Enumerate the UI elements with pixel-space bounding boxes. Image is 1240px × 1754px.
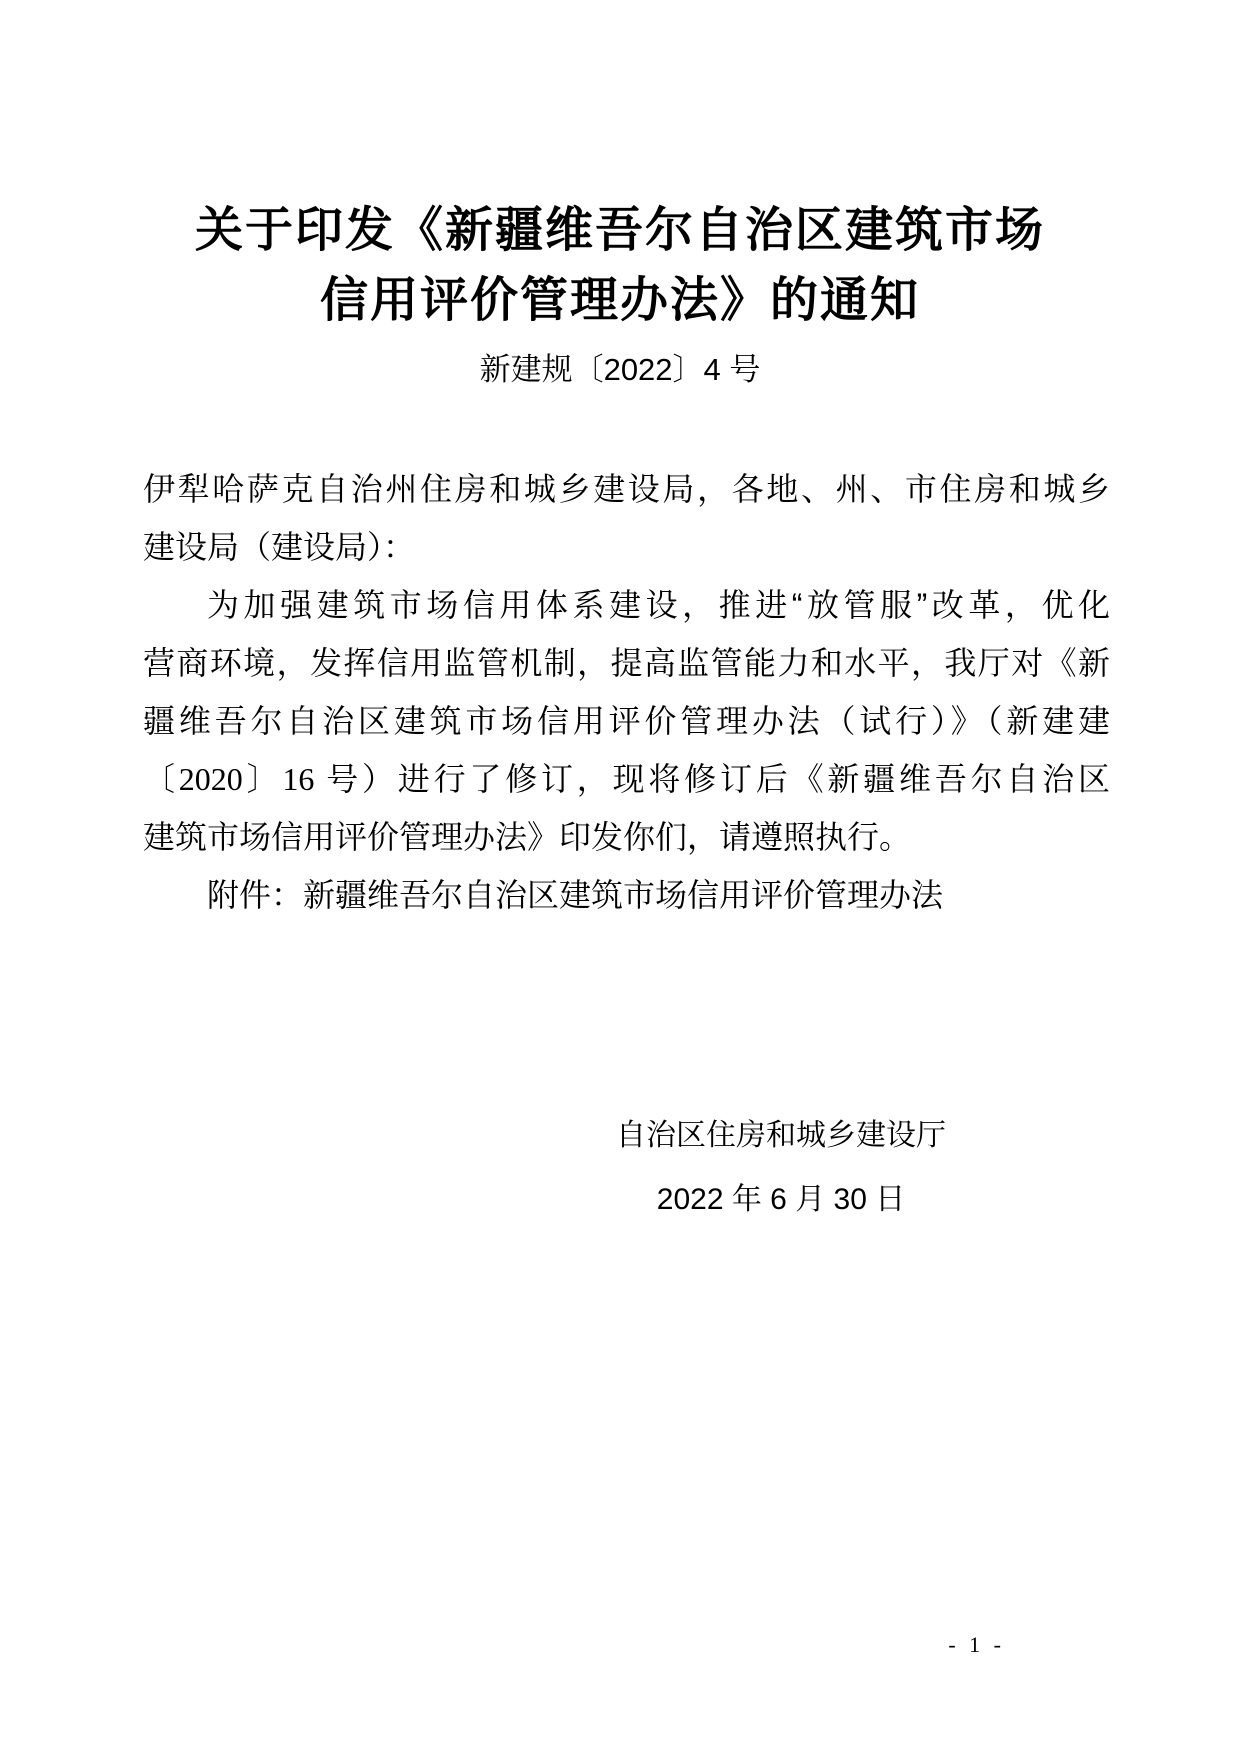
body-line-text: 进行了修订，现将修订后《新疆维吾尔自治区 (398, 761, 1110, 797)
body-line: 疆维吾尔自治区建筑市场信用评价管理办法（试行）》（新建建 (143, 692, 1110, 750)
closing-date: 2022 年 6 月 30 日 (322, 1168, 1240, 1232)
closing-block: 自治区住房和城乡建设厅 2022 年 6 月 30 日 (322, 1104, 1240, 1232)
document-number: 新建规〔2022〕4 号 (0, 348, 1240, 392)
document-title: 关于印发《新疆维吾尔自治区建筑市场 信用评价管理办法》的通知 (0, 196, 1240, 336)
title-line-2: 信用评价管理办法》的通知 (0, 266, 1240, 336)
document-page: 关于印发《新疆维吾尔自治区建筑市场 信用评价管理办法》的通知 新建规〔2022〕… (0, 0, 1240, 1754)
attachment-line: 附件：新疆维吾尔自治区建筑市场信用评价管理办法 (143, 866, 1110, 924)
salutation-line-2: 建设局（建设局）： (143, 518, 1110, 576)
title-line-1: 关于印发《新疆维吾尔自治区建筑市场 (0, 196, 1240, 266)
signer-name: 自治区住房和城乡建设厅 (322, 1104, 1240, 1168)
page-number: - 1 - (948, 1630, 1005, 1660)
body-line: 建筑市场信用评价管理办法》印发你们，请遵照执行。 (143, 808, 1110, 866)
document-body: 伊犁哈萨克自治州住房和城乡建设局，各地、州、市住房和城乡 建设局（建设局）： 为… (143, 460, 1110, 924)
body-line: 〔2020〕16 号）进行了修订，现将修订后《新疆维吾尔自治区 (143, 750, 1110, 808)
body-line: 为加强建筑市场信用体系建设，推进“放管服”改革，优化 (143, 576, 1110, 634)
body-line: 营商环境，发挥信用监管机制，提高监管能力和水平，我厅对《新 (143, 634, 1110, 692)
salutation-line-1: 伊犁哈萨克自治州住房和城乡建设局，各地、州、市住房和城乡 (143, 460, 1110, 518)
reference-number: 〔2020〕16 号） (143, 761, 398, 797)
